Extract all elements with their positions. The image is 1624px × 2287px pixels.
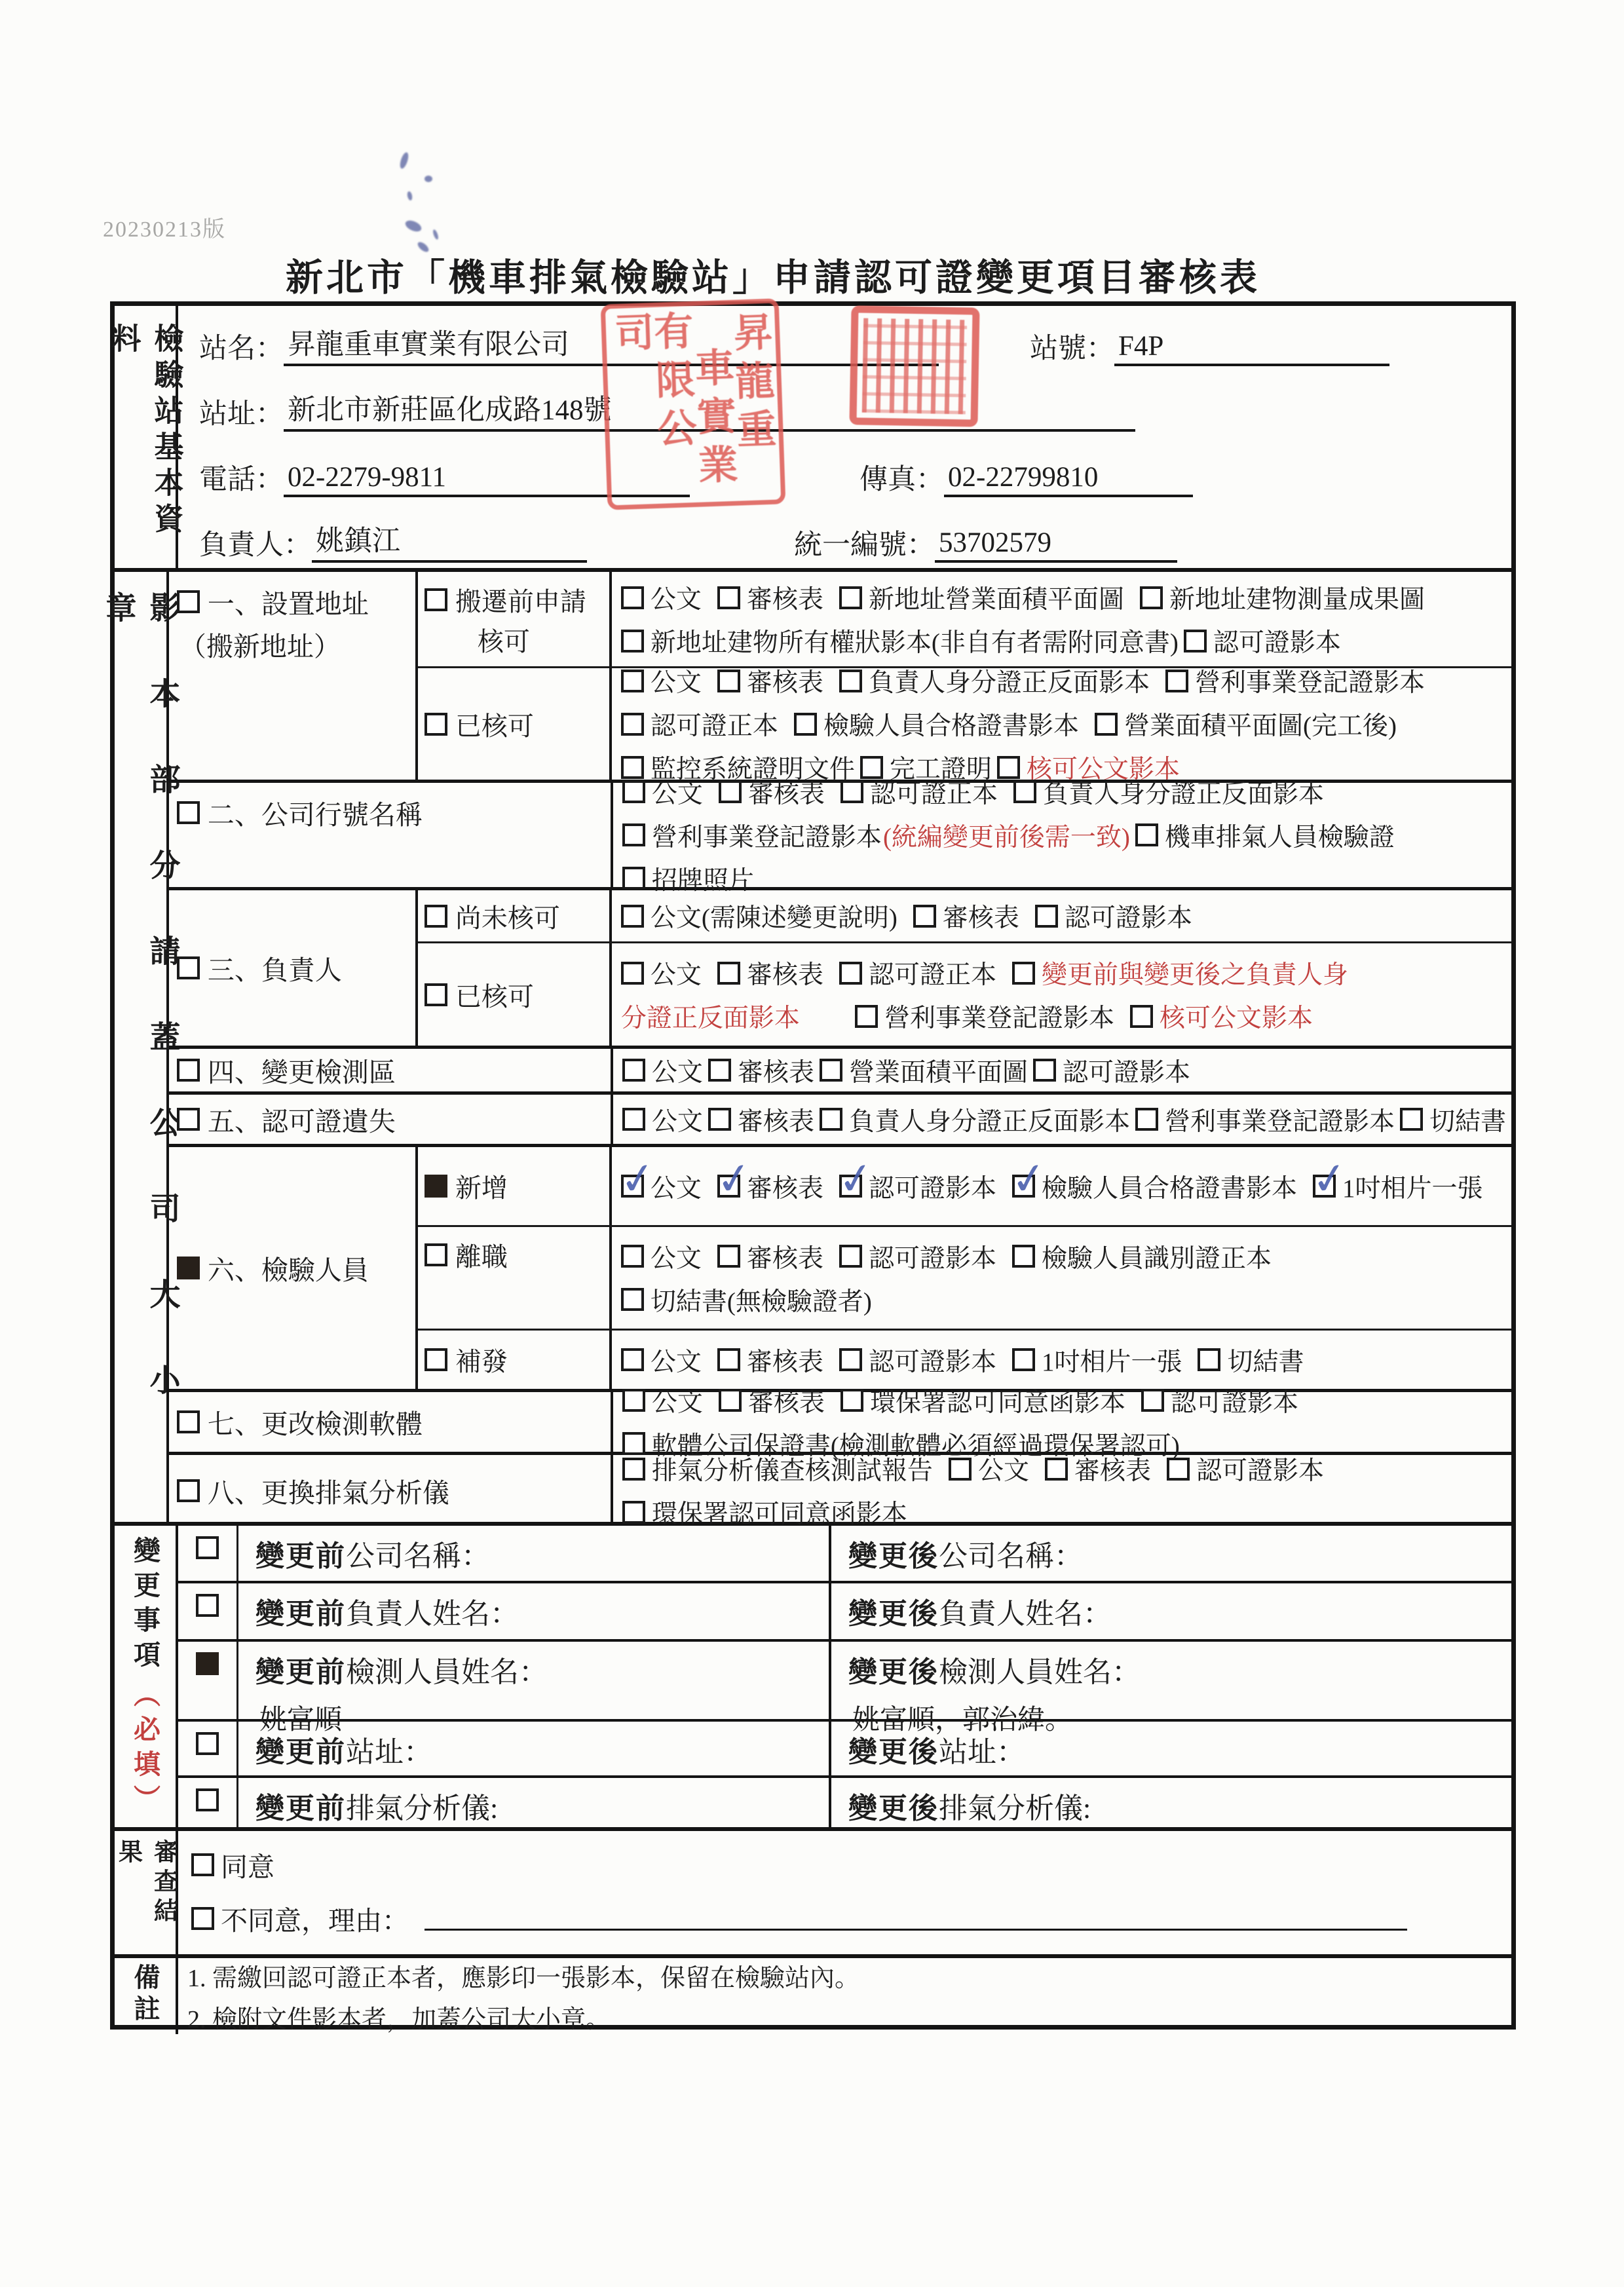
checkbox-icon — [840, 780, 863, 803]
row-5-lost-certificate: 五、認可證遺失 公文 審核表 負責人身分證正反面影本 營利事業登記證影本 切結書 — [169, 1095, 1511, 1147]
after-label: 公司名稱： — [939, 1540, 1083, 1572]
doc-item: 審核表 — [738, 1052, 814, 1089]
notes-content: 1. 需繳回認可證正本者，應影印一張影本，保留在檢驗站內。 2. 檢附文件影本者… — [178, 1958, 1511, 2034]
doc-item: 營利事業登記證影本 — [1165, 1101, 1395, 1138]
checkbox-icon — [1167, 1458, 1190, 1481]
checkbox-checked-filled-icon — [425, 1175, 447, 1198]
row-3-sub-approved: 已核可 公文 審核表 認可證正本 變更前與變更後之負責人身 — [418, 943, 1511, 1046]
doc-item: 營利事業登記證影本 — [652, 817, 882, 854]
checkbox-icon — [621, 586, 644, 609]
checkbox-checked-icon — [1313, 1175, 1336, 1198]
checkbox-checked-icon — [621, 1175, 644, 1198]
side-label-black: 變更事項 — [130, 1531, 160, 1675]
doc-item: 認可證正本 — [651, 706, 778, 742]
checkbox-icon — [621, 756, 644, 779]
checkbox-icon — [717, 586, 740, 609]
company-seal-stamp: 有限公司 車實業 昇龍重 — [601, 298, 786, 510]
checkbox-icon — [196, 1594, 219, 1617]
doc-item: 排氣分析儀查核測試報告 — [652, 1450, 933, 1487]
change-row-analyzer: 變更前排氣分析儀: 變更後排氣分析儀: — [178, 1778, 1511, 1827]
doc-item: 新地址營業面積平面圖 — [869, 579, 1124, 616]
sub-label: 新增 — [455, 1167, 508, 1205]
doc-item: 公文 — [652, 1052, 703, 1089]
checkbox-icon — [177, 1410, 200, 1433]
form-table: 檢驗站基本資料 站名： 昇龍重車實業有限公司 站號： F4P 站址： 新北市新莊… — [110, 301, 1516, 2030]
station-uid-group: 統一編號： 53702579 — [794, 523, 1177, 563]
doc-item-red: 核可公文影本 — [1160, 998, 1313, 1034]
review-agree-option: 同意 — [191, 1845, 1511, 1884]
checkbox-icon — [839, 1348, 862, 1371]
doc-item: 認可證正本 — [869, 954, 996, 991]
doc-item: 公文 — [652, 774, 703, 810]
checkbox-icon — [839, 586, 862, 609]
checkbox-icon — [177, 801, 200, 824]
after-prefix: 變更後 — [848, 1598, 939, 1630]
checkbox-icon — [820, 1059, 842, 1082]
row-8-category: 八、更換排氣分析儀 — [169, 1455, 613, 1526]
checkbox-icon — [425, 713, 447, 736]
row-8-replace-analyzer: 八、更換排氣分析儀 排氣分析儀查核測試報告 公文 審核表 認可證影本 環保署認可… — [169, 1455, 1511, 1526]
checkbox-icon — [708, 1108, 731, 1131]
doc-item: 公文 — [651, 954, 702, 991]
checkbox-icon — [622, 867, 645, 890]
documents-side-label: 影本部分請蓋公司大小章 — [115, 572, 169, 1522]
doc-item: 審核表 — [747, 1238, 823, 1275]
row-3-category: 三、負責人 — [169, 890, 418, 1046]
notes-side-label: 備註 — [115, 1958, 178, 2034]
seal-pattern — [862, 318, 967, 415]
checkbox-icon — [717, 670, 740, 692]
doc-item: 1吋相片一張 — [1042, 1342, 1182, 1378]
checkbox-icon — [717, 1245, 740, 1268]
checkbox-icon — [196, 1732, 219, 1755]
doc-item: 認可證正本 — [870, 774, 998, 810]
section-review-result: 審查結果 同意 不同意，理由： — [115, 1831, 1511, 1958]
checkbox-icon — [1140, 586, 1163, 609]
checkbox-checked-icon — [717, 1175, 740, 1198]
doc-item: 公文 — [651, 662, 702, 699]
checkbox-icon — [622, 1389, 645, 1412]
section-documents: 影本部分請蓋公司大小章 一、設置地址 （搬新地址） 搬遷前申請 — [115, 572, 1511, 1526]
doc-item: 切結書(無檢驗證者) — [651, 1281, 872, 1318]
checkbox-icon — [622, 1458, 645, 1481]
change-row-inspector-name: 變更前檢測人員姓名： 姚富順 變更後檢測人員姓名： 姚富順，郭治緯。 — [178, 1642, 1511, 1722]
row-4-title: 四、變更檢測區 — [208, 1051, 396, 1089]
checkbox-icon — [860, 756, 883, 779]
checkbox-icon — [1012, 962, 1035, 985]
checkbox-icon — [1165, 670, 1188, 692]
checkbox-icon — [425, 1348, 447, 1371]
station-fax-value: 02-22799810 — [944, 461, 1193, 497]
checkbox-icon — [621, 962, 644, 985]
after-prefix: 變更後 — [848, 1792, 939, 1824]
after-label: 站址： — [939, 1736, 1025, 1768]
before-prefix: 變更前 — [255, 1792, 346, 1824]
row-1-sub-approved: 已核可 公文 審核表 負責人身分證正反面影本 營利事業登記證影本 — [418, 668, 1511, 780]
before-prefix: 變更前 — [255, 1540, 346, 1572]
checkbox-icon — [177, 590, 200, 613]
change-items-content: 變更前公司名稱： 變更後公司名稱： 變更前負責人姓名： 變更後負責人姓名： 變更… — [178, 1526, 1511, 1827]
doc-item: 認可證影本 — [869, 1342, 996, 1378]
checkbox-icon — [177, 1479, 200, 1502]
checkbox-icon — [1012, 1348, 1035, 1371]
checkbox-icon — [997, 756, 1020, 779]
doc-item-red: 變更前與變更後之負責人身 — [1042, 954, 1348, 991]
side-label-red: （必填） — [130, 1675, 160, 1819]
doc-item: 負責人身分證正反面影本 — [849, 1101, 1130, 1138]
checkbox-icon — [839, 1245, 862, 1268]
doc-item: 審核表 — [747, 954, 823, 991]
after-prefix: 變更後 — [848, 1540, 939, 1572]
checkbox-icon — [425, 983, 447, 1006]
checkbox-icon — [717, 1348, 740, 1371]
before-label: 排氣分析儀: — [346, 1792, 498, 1824]
doc-item: 1吋相片一張 — [1342, 1168, 1483, 1205]
doc-item: 檢驗人員識別證正本 — [1042, 1238, 1272, 1275]
checkbox-icon — [1198, 1348, 1220, 1371]
checkbox-icon — [425, 1243, 447, 1266]
doc-item: 審核表 — [1074, 1450, 1151, 1487]
doc-item: 營業面積平面圖(完工後) — [1124, 706, 1397, 742]
doc-item: 審核表 — [748, 774, 825, 810]
doc-item: 環保署認可同意函影本 — [652, 1494, 907, 1530]
checkbox-icon — [839, 962, 862, 985]
note-line-1: 1. 需繳回認可證正本者，應影印一張影本，保留在檢驗站內。 — [187, 1957, 1511, 1994]
doc-item: 認可證影本 — [1171, 1382, 1298, 1419]
station-name-label: 站名： — [199, 326, 284, 366]
doc-item: 切結書 — [1429, 1101, 1506, 1138]
checkbox-icon — [621, 630, 644, 652]
checkbox-icon — [1400, 1108, 1423, 1131]
review-disagree-label: 不同意，理由： — [221, 1899, 409, 1938]
after-label: 負責人姓名： — [939, 1598, 1112, 1630]
section-notes: 備註 1. 需繳回認可證正本者，應影印一張影本，保留在檢驗站內。 2. 檢附文件… — [115, 1958, 1511, 2034]
checkbox-icon — [622, 1059, 645, 1082]
row-6-title: 六、檢驗人員 — [208, 1249, 369, 1287]
note-line-2: 2. 檢附文件影本者，加蓋公司大小章。 — [187, 1999, 1511, 2035]
checkbox-checked-icon — [839, 1175, 862, 1198]
doc-item: 公文 — [651, 579, 702, 616]
row-5-title: 五、認可證遺失 — [208, 1100, 396, 1139]
row-1-setup-address: 一、設置地址 （搬新地址） 搬遷前申請 核可 — [169, 572, 1511, 783]
sub-label: 離職 — [455, 1236, 508, 1274]
checkbox-icon — [1141, 1389, 1164, 1412]
doc-item: 認可證影本 — [869, 1168, 996, 1205]
checkbox-icon — [621, 713, 644, 736]
review-content: 同意 不同意，理由： — [178, 1831, 1511, 1954]
row-1-category: 一、設置地址 （搬新地址） — [169, 572, 418, 780]
row-3-sub-not-approved: 尚未核可 公文(需陳述變更說明) 審核表 認可證影本 — [418, 890, 1511, 943]
version-note: 20230213版 — [103, 211, 226, 243]
after-prefix: 變更後 — [848, 1656, 939, 1688]
doc-item: 負責人身分證正反面影本 — [1043, 774, 1324, 810]
row-6-category: 六、檢驗人員 — [169, 1147, 418, 1389]
checkbox-icon — [621, 1245, 644, 1268]
doc-item: 機車排氣人員檢驗證 — [1165, 817, 1395, 854]
doc-item: 營業面積平面圖 — [849, 1052, 1028, 1089]
checkbox-icon — [622, 780, 645, 803]
station-phone-label: 電話： — [199, 457, 284, 497]
station-owner-label: 負責人： — [199, 523, 312, 563]
row-8-title: 八、更換排氣分析儀 — [208, 1471, 449, 1510]
change-row-owner-name: 變更前負責人姓名： 變更後負責人姓名： — [178, 1583, 1511, 1641]
row-6-inspectors: 六、檢驗人員 新增 公文 審核表 — [169, 1147, 1511, 1392]
checkbox-checked-filled-icon — [177, 1257, 200, 1279]
section-change-items: 變更事項（必填） 變更前公司名稱： 變更後公司名稱： 變更前負責人姓名： 變更後… — [115, 1526, 1511, 1831]
checkbox-icon — [839, 670, 862, 692]
station-fax-label: 傳真： — [859, 457, 944, 497]
checkbox-icon — [913, 905, 936, 928]
row-2-company-name: 二、公司行號名稱 公文 審核表 認可證正本 負責人身分證正反面影本 營利事業登記… — [169, 783, 1511, 890]
checkbox-icon — [191, 1853, 214, 1876]
station-owner-row: 負責人： 姚鎮江 統一編號： 53702579 — [199, 502, 1511, 568]
doc-item: 公文 — [652, 1101, 703, 1138]
checkbox-icon — [621, 905, 644, 928]
checkbox-checked-icon — [1012, 1175, 1035, 1198]
doc-item: 公文 — [651, 1342, 702, 1378]
doc-item: 公文(需陳述變更說明) — [651, 898, 897, 934]
doc-item: 審核表 — [747, 1342, 823, 1378]
before-prefix: 變更前 — [255, 1736, 346, 1768]
row-7-category: 七、更改檢測軟體 — [169, 1392, 613, 1452]
after-label: 檢測人員姓名： — [939, 1656, 1141, 1688]
doc-item: 環保署認可同意函影本 — [870, 1382, 1125, 1419]
row-4-category: 四、變更檢測區 — [169, 1049, 613, 1091]
doc-item: 認可證影本 — [1213, 622, 1341, 659]
row-4-change-test-area: 四、變更檢測區 公文 審核表 營業面積平面圖 認可證影本 — [169, 1049, 1511, 1095]
checkbox-icon — [1013, 780, 1036, 803]
doc-item-red-continued: 分證正反面影本 — [621, 998, 800, 1034]
station-info-side-label: 檢驗站基本資料 — [115, 306, 178, 568]
checkbox-icon — [1135, 1108, 1158, 1131]
checkbox-icon — [1095, 713, 1118, 736]
sub-label: 尚未核可 — [455, 898, 560, 935]
row-7-title: 七、更改檢測軟體 — [208, 1403, 423, 1441]
section-station-info: 檢驗站基本資料 站名： 昇龍重車實業有限公司 站號： F4P 站址： 新北市新莊… — [115, 306, 1511, 572]
checkbox-icon — [621, 1288, 644, 1311]
row-6-sub-resign: 離職 公文 審核表 認可證影本 檢驗人員識別證正本 切結書 — [418, 1227, 1511, 1331]
doc-item: 檢驗人員合格證書影本 — [823, 706, 1079, 742]
before-label: 站址： — [346, 1736, 432, 1768]
checkbox-icon — [1130, 1005, 1153, 1028]
review-disagree-option: 不同意，理由： — [191, 1899, 1511, 1938]
after-label: 排氣分析儀: — [939, 1792, 1091, 1824]
station-fax-group: 傳真： 02-22799810 — [859, 457, 1193, 497]
station-uid-value: 53702579 — [935, 527, 1177, 563]
checkbox-icon — [855, 1005, 878, 1028]
doc-item: 營利事業登記證影本 — [884, 998, 1114, 1034]
row-7-change-software: 七、更改檢測軟體 公文 審核表 環保署認可同意函影本 認可證影本 軟體公司保證書… — [169, 1392, 1511, 1455]
checkbox-icon — [717, 962, 740, 985]
doc-item: 認可證影本 — [1065, 898, 1192, 934]
checkbox-icon — [820, 1108, 842, 1131]
doc-item: 審核表 — [747, 579, 823, 616]
checkbox-icon — [719, 1389, 742, 1412]
checkbox-icon — [177, 1108, 200, 1131]
checkbox-icon — [191, 1907, 214, 1930]
station-address-label: 站址： — [199, 392, 284, 432]
row-3-owner: 三、負責人 尚未核可 公文(需陳述變更說明) 審核表 — [169, 890, 1511, 1049]
row-2-category: 二、公司行號名稱 — [169, 783, 613, 887]
checkbox-icon — [425, 588, 447, 611]
reason-blank-line — [425, 1906, 1407, 1931]
checkbox-icon — [196, 1788, 219, 1811]
checkbox-icon — [949, 1458, 972, 1481]
doc-item: 檢驗人員合格證書影本 — [1042, 1168, 1297, 1205]
sub-label: 已核可 — [455, 706, 534, 743]
before-prefix: 變更前 — [255, 1656, 346, 1688]
change-row-company-name: 變更前公司名稱： 變更後公司名稱： — [178, 1526, 1511, 1583]
doc-item: 公文 — [978, 1450, 1029, 1487]
doc-item: 營利事業登記證影本 — [1195, 662, 1425, 699]
checkbox-icon — [708, 1059, 731, 1082]
station-phone-row: 電話： 02-2279-9811 傳真： 02-22799810 — [199, 437, 1511, 502]
checkbox-icon — [622, 1501, 645, 1524]
scanned-form-page: 20230213版 新北市「機車排氣檢驗站」申請認可證變更項目審核表 檢驗站基本… — [0, 0, 1624, 2287]
row-2-title: 二、公司行號名稱 — [208, 793, 423, 832]
checkbox-icon — [1035, 905, 1058, 928]
review-side-label: 審查結果 — [115, 1831, 178, 1954]
checkbox-icon — [719, 780, 742, 803]
row-1-subtitle: （搬新地址） — [177, 625, 413, 664]
checkbox-icon — [840, 1389, 863, 1412]
doc-item: 公文 — [652, 1382, 703, 1419]
change-items-side-label: 變更事項（必填） — [115, 1526, 178, 1827]
checkbox-checked-filled-icon — [196, 1652, 219, 1675]
checkbox-icon — [794, 713, 817, 736]
before-prefix: 變更前 — [255, 1598, 346, 1630]
checkbox-icon — [425, 905, 447, 928]
checkbox-icon — [1184, 630, 1207, 652]
carved-seal-stamp — [849, 305, 979, 426]
station-info-content: 站名： 昇龍重車實業有限公司 站號： F4P 站址： 新北市新莊區化成路148號… — [178, 306, 1511, 568]
row-1-title: 一、設置地址 — [208, 582, 369, 621]
doc-item: 新地址建物所有權狀影本(非自有者需附同意書) — [651, 622, 1179, 659]
checkbox-icon — [621, 670, 644, 692]
station-code-group: 站號： F4P — [1030, 326, 1389, 366]
station-code-value: F4P — [1114, 330, 1389, 366]
doc-item: 審核表 — [748, 1382, 825, 1419]
doc-item: 審核表 — [747, 1168, 823, 1205]
station-uid-label: 統一編號： — [794, 523, 935, 563]
before-label: 負責人姓名： — [346, 1598, 519, 1630]
sub-label: 搬遷前申請 — [455, 581, 586, 618]
change-row-address: 變更前站址： 變更後站址： — [178, 1722, 1511, 1778]
doc-item: 認可證影本 — [1063, 1052, 1190, 1089]
checkbox-icon — [1033, 1059, 1056, 1082]
checkbox-icon — [622, 1432, 645, 1455]
before-label: 公司名稱： — [346, 1540, 490, 1572]
station-owner-value: 姚鎮江 — [312, 519, 587, 563]
after-prefix: 變更後 — [848, 1736, 939, 1768]
checkbox-icon — [1012, 1245, 1035, 1268]
checkbox-icon — [622, 823, 645, 846]
doc-item-red-note: (統編變更前後需一致) — [883, 817, 1130, 854]
station-code-label: 站號： — [1030, 326, 1114, 366]
doc-item: 認可證影本 — [1196, 1450, 1324, 1487]
doc-item: 公文 — [651, 1238, 702, 1275]
doc-item: 切結書 — [1227, 1342, 1304, 1378]
row-5-category: 五、認可證遺失 — [169, 1095, 613, 1144]
checkbox-icon — [196, 1536, 219, 1559]
doc-item: 認可證影本 — [869, 1238, 996, 1275]
doc-item: 審核表 — [738, 1101, 814, 1138]
checkbox-icon — [177, 956, 200, 979]
form-title: 新北市「機車排氣檢驗站」申請認可證變更項目審核表 — [216, 248, 1330, 301]
checkbox-icon — [621, 1348, 644, 1371]
row-6-sub-new: 新增 公文 審核表 認可證影本 檢驗人員合格證書影本 1吋相片一張 — [418, 1147, 1511, 1227]
row-1-sub-before-approval: 搬遷前申請 核可 公文 審核表 新地址營業面積平面圖 新地址建物測量成果圖 — [418, 572, 1511, 668]
checkbox-icon — [177, 1059, 200, 1082]
checkbox-icon — [1135, 823, 1158, 846]
doc-item: 審核表 — [747, 662, 823, 699]
doc-item: 新地址建物測量成果圖 — [1169, 579, 1425, 616]
checkbox-icon — [1045, 1458, 1068, 1481]
documents-content: 一、設置地址 （搬新地址） 搬遷前申請 核可 — [169, 572, 1511, 1522]
sub-label-line2: 核可 — [425, 621, 609, 658]
before-label: 檢測人員姓名： — [346, 1656, 548, 1688]
doc-item: 審核表 — [943, 898, 1019, 934]
doc-item: 負責人身分證正反面影本 — [869, 662, 1150, 699]
sub-label: 已核可 — [455, 976, 534, 1013]
review-agree-label: 同意 — [221, 1845, 274, 1884]
checkbox-icon — [622, 1108, 645, 1131]
row-3-title: 三、負責人 — [208, 949, 342, 987]
sub-label: 補發 — [455, 1341, 508, 1378]
